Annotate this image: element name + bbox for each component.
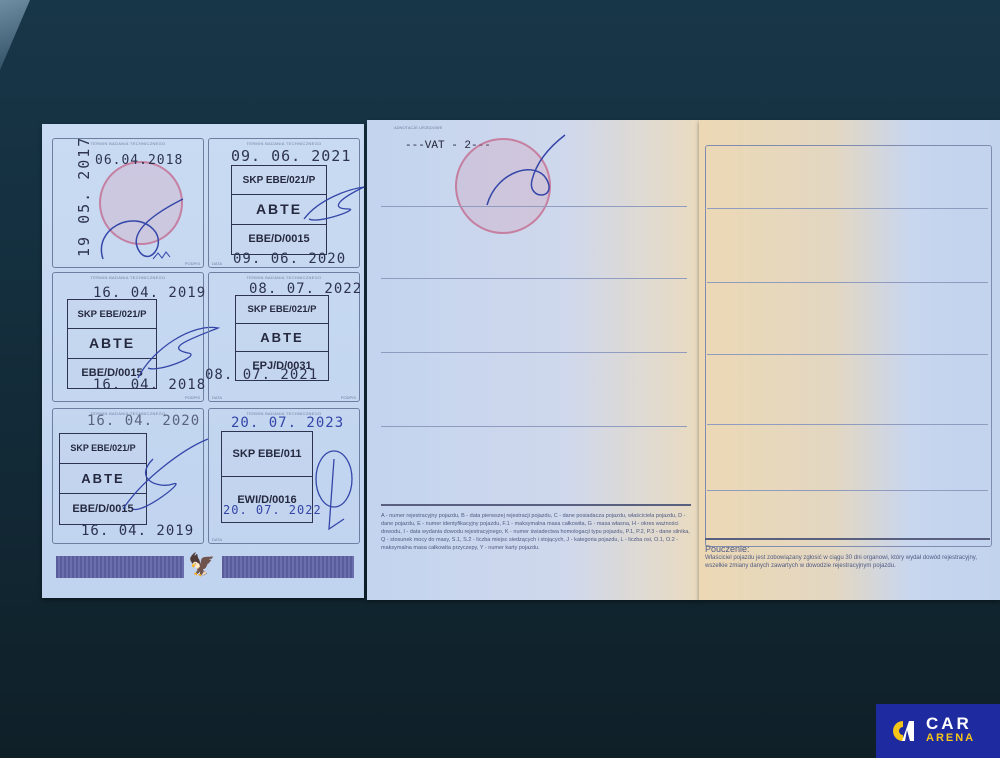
inspection-page: TERMIN BADANIA TECHNICZNEGO 06.04.2018 1… [42,124,364,598]
inspection-cell: TERMIN BADANIA TECHNICZNEGO 08. 07. 2022… [208,272,360,402]
cell-header: TERMIN BADANIA TECHNICZNEGO [209,275,359,280]
ruled-line [381,352,687,353]
official-seal [455,138,551,234]
next-inspection-date: 16. 04. 2020 [87,413,200,429]
inspection-cell: TERMIN BADANIA TECHNICZNEGO 09. 06. 2021… [208,138,360,268]
inspection-date: 09. 06. 2020 [233,251,346,267]
ruled-line [381,426,687,427]
logo-text-arena: ARENA [926,731,975,746]
inspection-stamp: SKP EBE/021/P ABTE EBE/D/0015 [231,165,327,255]
cell-header: TERMIN BADANIA TECHNICZNEGO [53,275,203,280]
podpis-label: PODPIS [185,395,200,400]
official-notes-page: ADNOTACJE URZĘDOWE ---VAT - 2--- A - num… [367,120,699,600]
stamp-station-code: SKP EBE/021/P [232,166,326,195]
stamp-station-code: SKP EBE/011 [222,432,312,477]
data-label: DATA [212,261,222,266]
stamp-station-code: SKP EBE/021/P [60,434,146,464]
notes-box [705,145,992,547]
next-inspection-date: 06.04.2018 [95,153,183,168]
inspection-cell: TERMIN BADANIA TECHNICZNEGO 16. 04. 2020… [52,408,204,544]
signature [309,439,359,539]
inspection-cell: TERMIN BADANIA TECHNICZNEGO 06.04.2018 1… [52,138,204,268]
inspection-stamp: SKP EBE/021/P ABTE EBE/D/0015 [59,433,147,525]
ruled-line [707,490,988,491]
data-label: DATA [212,537,222,542]
notes-header: ADNOTACJE URZĘDOWE [394,125,442,130]
stamp-station-code: SKP EBE/021/P [236,296,328,324]
podpis-label: PODPIS [341,395,356,400]
ruled-line [381,278,687,279]
decorative-band [222,556,354,578]
polish-eagle-emblem: 🦅 [188,552,215,578]
blank-page: Pouczenie: Właściciel pojazdu jest zobow… [699,120,1000,600]
ruled-line [381,206,687,207]
stamp-inspector-code: ABTE [68,329,156,358]
ruled-line [707,354,988,355]
inspection-date: 16. 04. 2019 [81,523,194,539]
background-light-corner [0,0,30,70]
ruled-line [707,208,988,209]
ruled-line [707,282,988,283]
inspection-cell: TERMIN BADANIA TECHNICZNEGO 20. 07. 2023… [208,408,360,544]
stamp-station-code: SKP EBE/021/P [68,300,156,329]
inspection-date: 08. 07. 2021 [205,367,318,383]
vertical-date: 19 05. 2017 [75,136,93,257]
logo-text-car: CAR [926,716,975,731]
stamp-diagnostician-id: EBE/D/0015 [232,225,326,254]
field-legend: A - numer rejestracyjny pojazdu, B - dat… [381,504,691,552]
podpis-label: PODPIS [185,261,200,266]
inspection-cell: TERMIN BADANIA TECHNICZNEGO 16. 04. 2019… [52,272,204,402]
notice-body: Właściciel pojazdu jest zobowiązany zgło… [705,554,990,570]
car-arena-logo-icon [890,718,916,744]
stamp-diagnostician-id: EBE/D/0015 [60,494,146,524]
inspection-date: 20. 07. 2022 [223,503,322,517]
ruled-line [707,424,988,425]
official-seal [99,161,183,245]
stamp-inspector-code: ABTE [236,324,328,352]
instruction-notice: Pouczenie: Właściciel pojazdu jest zobow… [705,538,990,570]
stamp-inspector-code: ABTE [60,464,146,494]
next-inspection-date: 09. 06. 2021 [231,147,351,165]
inspection-stamp: SKP EBE/021/P ABTE EBE/D/0015 [67,299,157,389]
next-inspection-date: 20. 07. 2023 [231,415,344,431]
stamp-inspector-code: ABTE [232,195,326,224]
registration-document: TERMIN BADANIA TECHNICZNEGO 06.04.2018 1… [42,120,1000,600]
notice-title: Pouczenie: [705,544,990,554]
data-label: DATA [212,395,222,400]
car-arena-logo: CAR ARENA [876,704,1000,758]
inspection-date: 16. 04. 2018 [93,377,206,393]
cell-header: TERMIN BADANIA TECHNICZNEGO [209,141,359,146]
decorative-band [56,556,184,578]
